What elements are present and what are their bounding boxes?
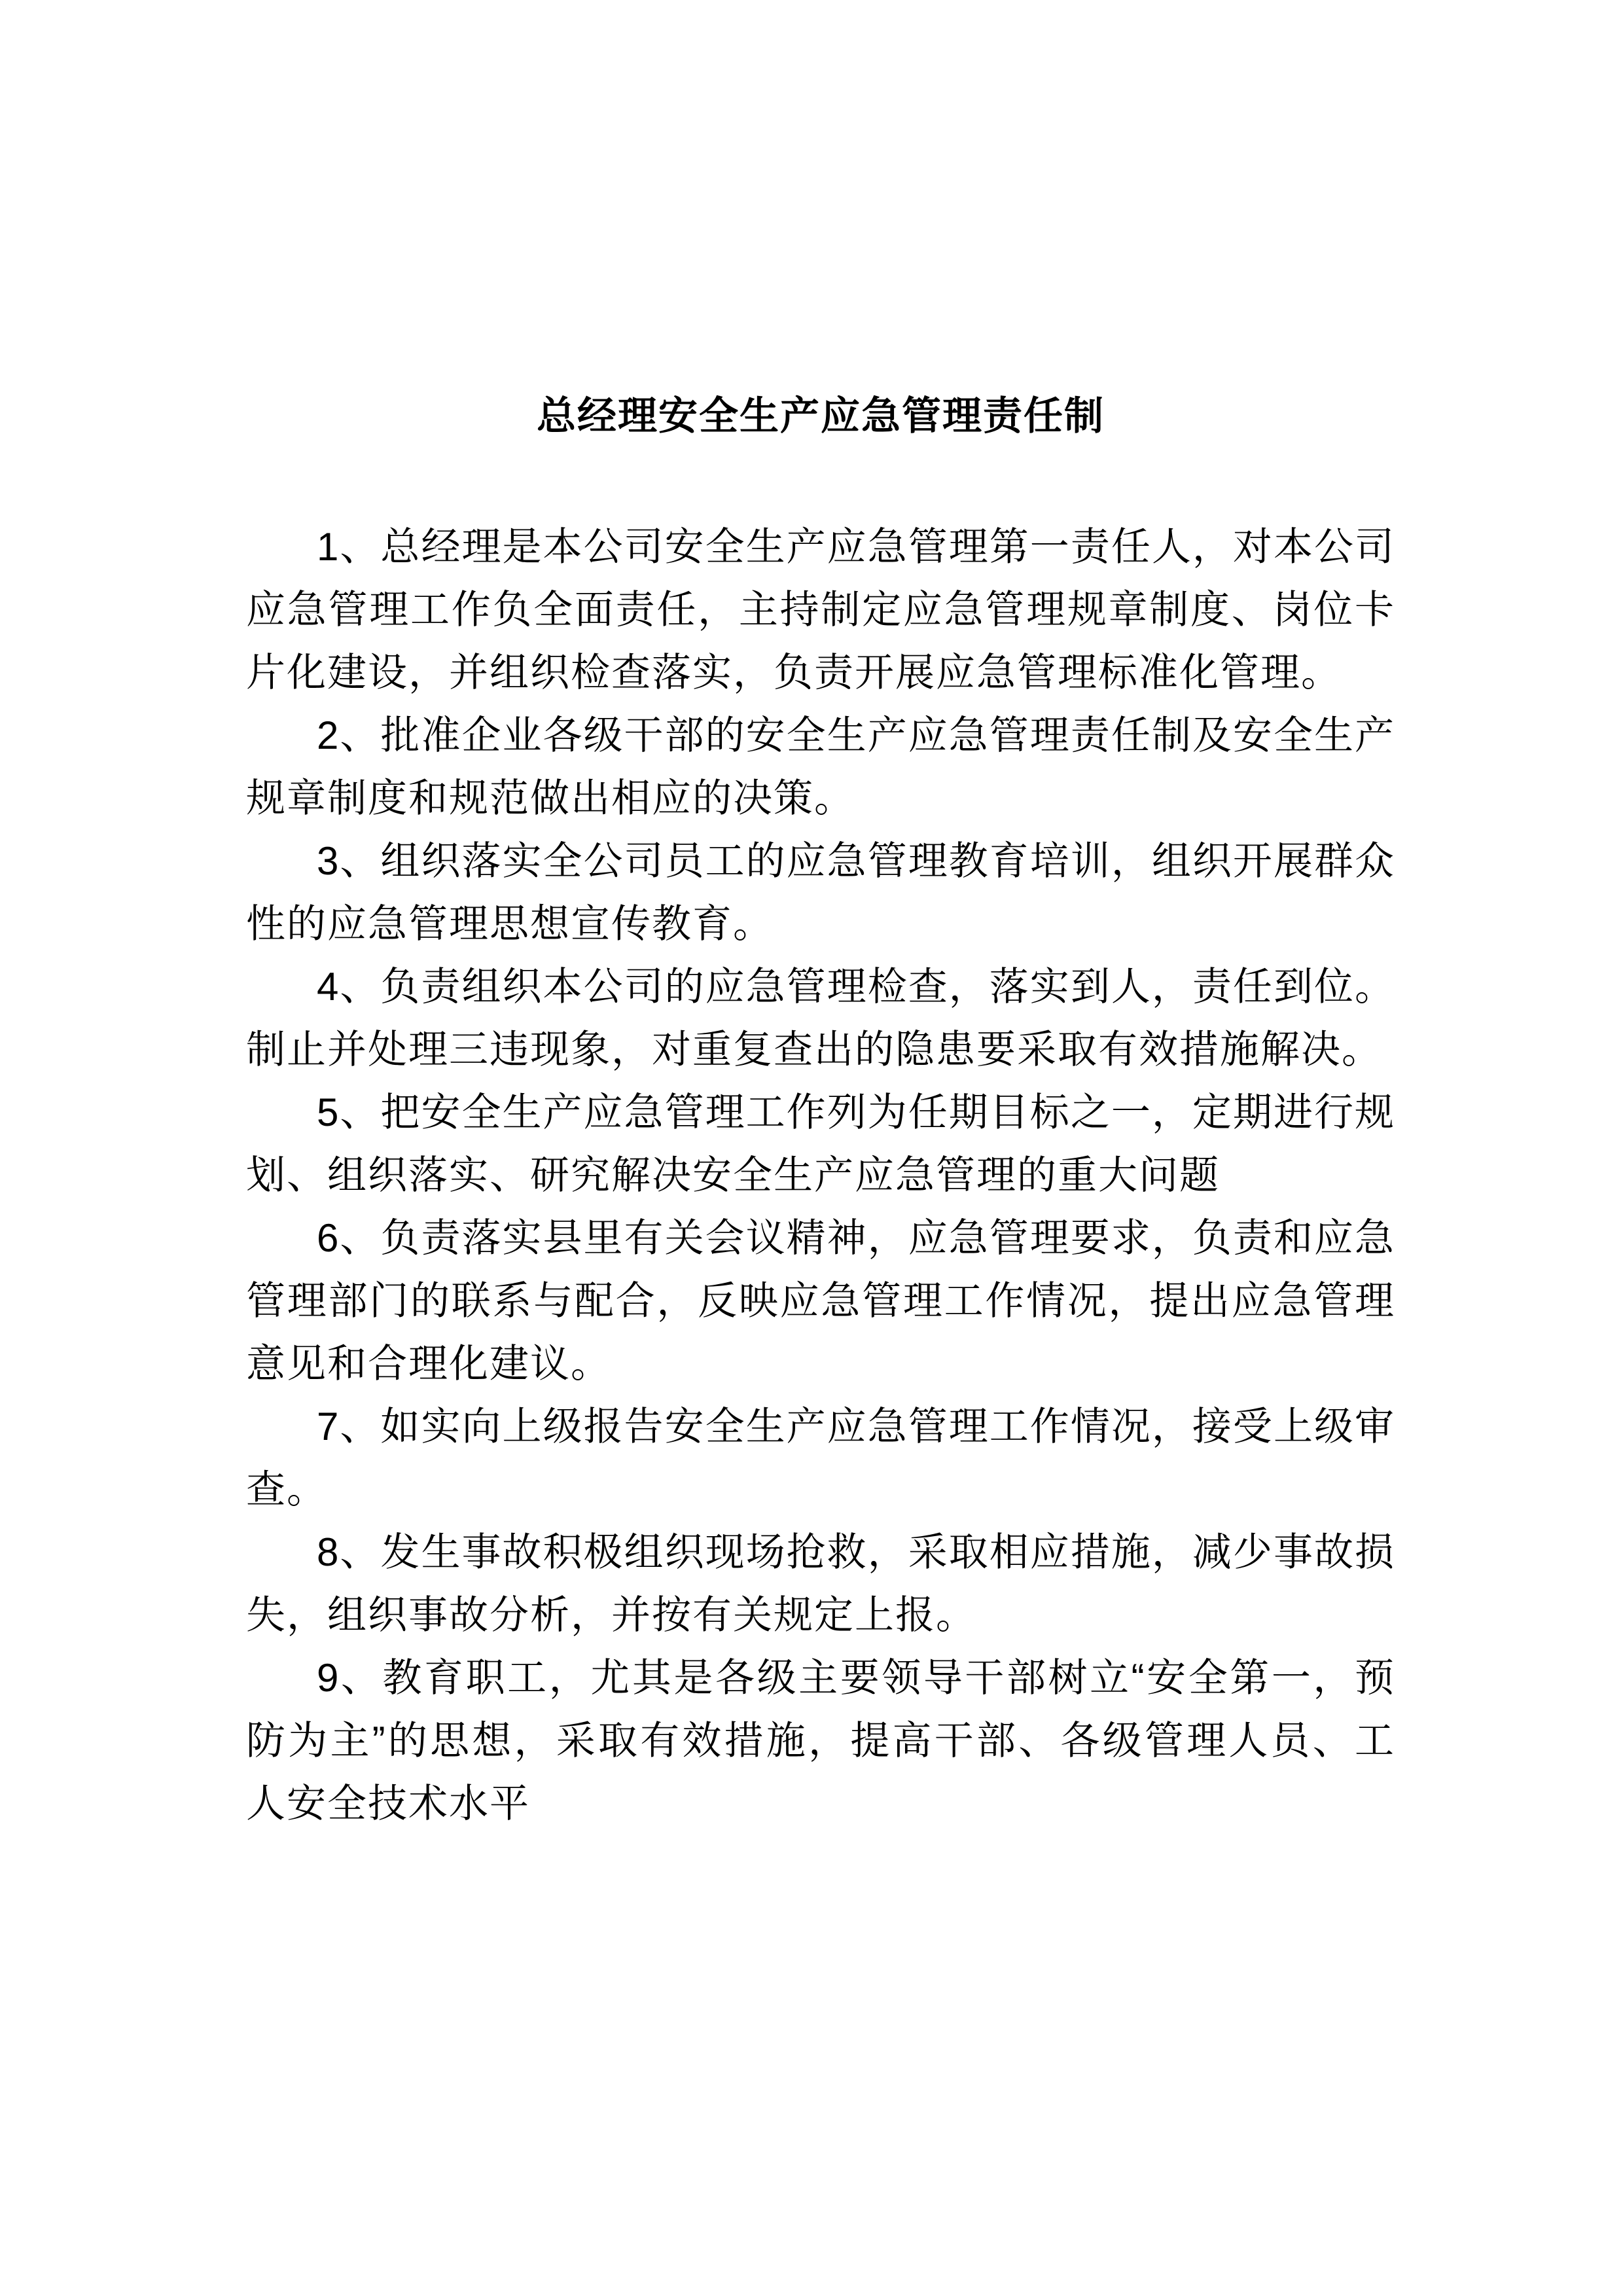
paragraph: 4、负责组织本公司的应急管理检查，落实到人，责任到位。制止并处理三违现象，对重复… xyxy=(246,956,1395,1081)
paragraph: 2、批准企业各级干部的安全生产应急管理责任制及安全生产规章制度和规范做出相应的决… xyxy=(246,704,1395,830)
paragraph: 5、把安全生产应急管理工作列为任期目标之一，定期进行规划、组织落实、研究解决安全… xyxy=(246,1081,1395,1207)
document-content: 总经理安全生产应急管理责任制 1、总经理是本公司安全生产应急管理第一责任人，对本… xyxy=(0,0,1623,1835)
paragraph: 8、发生事故积极组织现场抢救，采取相应措施，减少事故损失，组织事故分析，并按有关… xyxy=(246,1521,1395,1647)
paragraph: 1、总经理是本公司安全生产应急管理第一责任人，对本公司应急管理工作负全面责任，主… xyxy=(246,516,1395,704)
paragraph: 3、组织落实全公司员工的应急管理教育培训，组织开展群众性的应急管理思想宣传教育。 xyxy=(246,830,1395,956)
paragraph: 9、教育职工，尤其是各级主要领导干部树立“安全第一，预防为主”的思想，采取有效措… xyxy=(246,1647,1395,1835)
paragraph: 7、如实向上级报告安全生产应急管理工作情况，接受上级审查。 xyxy=(246,1395,1395,1521)
document-body: 1、总经理是本公司安全生产应急管理第一责任人，对本公司应急管理工作负全面责任，主… xyxy=(246,516,1395,1835)
document-page: 总经理安全生产应急管理责任制 1、总经理是本公司安全生产应急管理第一责任人，对本… xyxy=(0,0,1623,2296)
document-title: 总经理安全生产应急管理责任制 xyxy=(246,385,1395,448)
paragraph: 6、负责落实县里有关会议精神，应急管理要求，负责和应急管理部门的联系与配合，反映… xyxy=(246,1207,1395,1395)
